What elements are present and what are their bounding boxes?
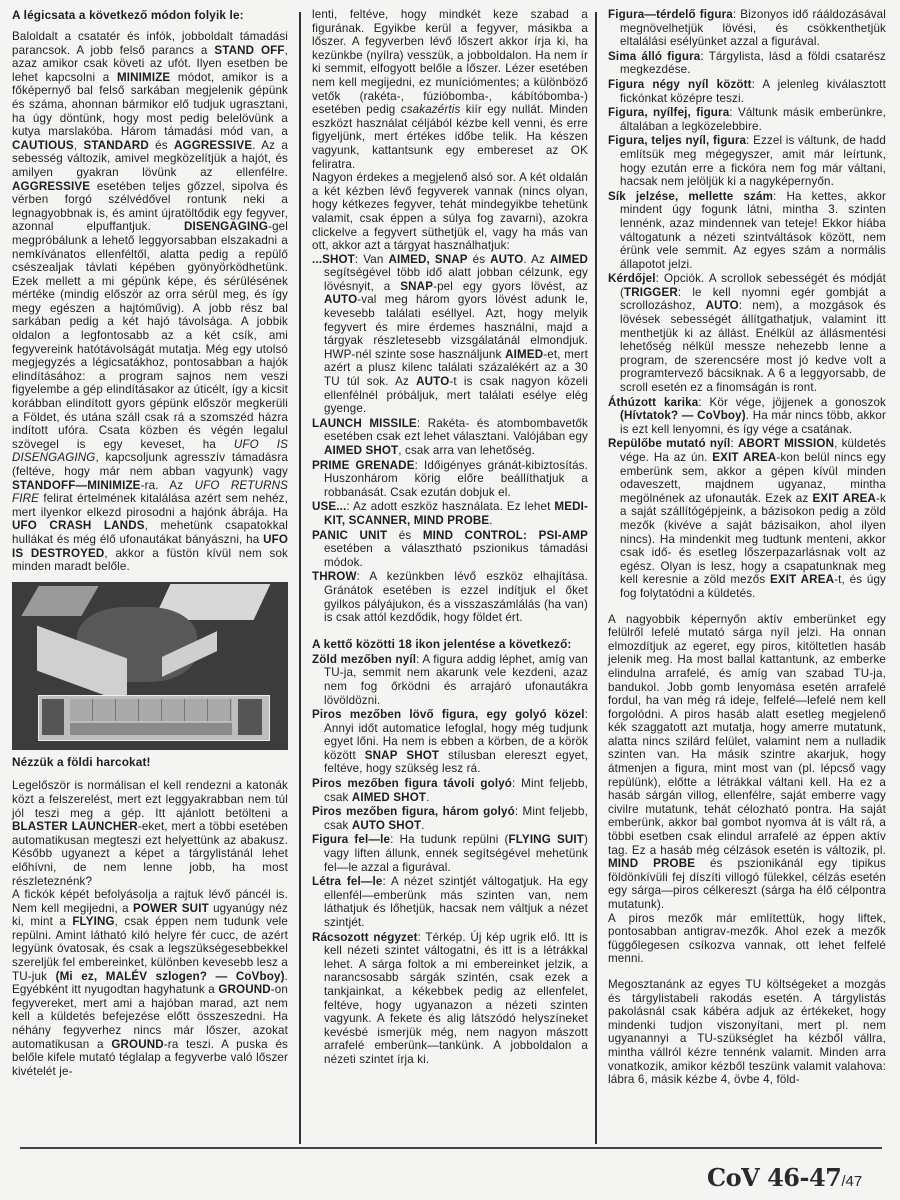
- definition-term: Kérdőjel: [608, 272, 656, 285]
- paragraph-tu-costs: Megosztanánk az egyes TU költségeket a m…: [608, 978, 886, 1087]
- definition-item: Figura, nyílfej, figura: Váltunk másik e…: [608, 106, 886, 133]
- definition-item: USE...: Az adott eszköz használata. Ez l…: [312, 500, 588, 527]
- page-number: 47: [846, 1173, 863, 1190]
- icon-definitions-list-continued: Figura—térdelő figura: Bizonyos idő ráál…: [608, 8, 886, 601]
- definition-item: Figura fel—le: Ha tudunk repülni (FLYING…: [312, 833, 588, 874]
- definition-term: Rácsozott négyzet: [312, 931, 418, 944]
- definition-term: Figura—térdelő figura: [608, 8, 733, 21]
- paragraph-bottom-row: Nagyon érdekes a megjelenő alsó sor. A k…: [312, 171, 588, 253]
- section-heading-18-icons: A kettő közötti 18 ikon jelentése a köve…: [312, 637, 588, 651]
- definition-item: Repülőbe mutató nyíl: ABORT MISSION, kül…: [608, 437, 886, 600]
- definition-item: Sík jelzése, mellette szám: Ha kettes, a…: [608, 190, 886, 272]
- footer-rule: [20, 1147, 882, 1149]
- definition-term: Zöld mezőben nyíl: [312, 653, 416, 666]
- image-caption: Nézzük a földi harcokat!: [12, 756, 288, 770]
- definition-item: Piros mezőben lövő figura, egy golyó köz…: [312, 708, 588, 776]
- definition-item: Piros mezőben figura távoli golyó: Mint …: [312, 777, 588, 804]
- paragraph-lifts: A piros mezők már említettük, hogy lifte…: [608, 912, 886, 966]
- definition-term: Létra fel—le: [312, 875, 383, 888]
- definition-term: PRIME GRENADE: [312, 459, 415, 472]
- definition-item: Piros mezőben figura, három golyó: Mint …: [312, 805, 588, 832]
- magazine-footer: CoV 46-47/47: [707, 1163, 862, 1192]
- definition-term: Sík jelzése, mellette szám: [608, 190, 773, 203]
- paragraph-armor: A fickók képét befolyásolja a rajtuk lév…: [12, 888, 288, 1078]
- definition-term: Figura fel—le: [312, 833, 390, 846]
- definition-term: Piros mezőben figura távoli golyó: [312, 777, 512, 790]
- definition-item: Zöld mezőben nyíl: A figura addig léphet…: [312, 653, 588, 707]
- paragraph-cursor: A nagyobbik képernyőn aktív emberünket e…: [608, 613, 886, 912]
- definition-term: Figura, teljes nyíl, figura: [608, 134, 746, 147]
- definition-term: LAUNCH MISSILE: [312, 417, 417, 430]
- paragraph-air-combat: Baloldalt a csatatér és infók, jobboldal…: [12, 30, 288, 574]
- definition-item: Figura, teljes nyíl, figura: Ezzel is vá…: [608, 134, 886, 188]
- section-heading-air-combat: A légicsata a következő módon folyik le:: [12, 8, 288, 22]
- definition-term: Repülőbe mutató nyíl: [608, 437, 730, 450]
- definition-item: Rácsozott négyzet: Térkép. Új kép ugrik …: [312, 931, 588, 1067]
- icon-definitions-list: Zöld mezőben nyíl: A figura addig léphet…: [312, 653, 588, 1067]
- column-3: Figura—térdelő figura: Bizonyos idő ráál…: [608, 8, 886, 1087]
- definition-item: Figura—térdelő figura: Bizonyos idő ráál…: [608, 8, 886, 49]
- definition-item: Sima álló figura: Tárgylista, lásd a föl…: [608, 50, 886, 77]
- definition-term: USE...: [312, 500, 346, 513]
- definition-term: Piros mezőben lövő figura, egy golyó köz…: [312, 708, 585, 721]
- definition-term: Figura négy nyíl között: [608, 78, 752, 91]
- game-screenshot-image: [12, 582, 288, 750]
- paragraph-equipment: Legelőször is normálisan el kell rendezn…: [12, 779, 288, 888]
- magazine-issue-logo: CoV 46-47: [707, 1163, 841, 1192]
- definition-item: Figura négy nyíl között: A jelenleg kivá…: [608, 78, 886, 105]
- column-2: lenti, feltéve, hogy mindkét keze szabad…: [312, 8, 588, 1068]
- action-definitions-list: ...SHOT: Van AIMED, SNAP és AUTO. Az AIM…: [312, 253, 588, 625]
- column-divider-1: [299, 12, 301, 1144]
- paragraph-ammo: lenti, feltéve, hogy mindkét keze szabad…: [312, 8, 588, 171]
- definition-term: THROW: [312, 570, 357, 583]
- definition-term: Piros mezőben figura, három golyó: [312, 805, 515, 818]
- definition-item: ...SHOT: Van AIMED, SNAP és AUTO. Az AIM…: [312, 253, 588, 416]
- definition-term: Figura, nyílfej, figura: [608, 106, 729, 119]
- definition-term: PANIC UNIT: [312, 529, 387, 542]
- definition-item: LAUNCH MISSILE: Rakéta- és atombombavető…: [312, 417, 588, 458]
- definition-term: Sima álló figura: [608, 50, 700, 63]
- definition-term: ...SHOT: [312, 253, 355, 266]
- definition-item: PANIC UNIT és MIND CONTROL: PSI-AMP eset…: [312, 529, 588, 570]
- definition-item: Kérdőjel: Opciók. A scrollok sebességét …: [608, 272, 886, 394]
- definition-term: Áthúzott karika: [608, 396, 698, 409]
- definition-item: Létra fel—le: A nézet szintjét váltogatj…: [312, 875, 588, 929]
- column-1: A légicsata a következő módon folyik le:…: [12, 8, 288, 1078]
- definition-item: THROW: A kezünkben lévő eszköz elhajítás…: [312, 570, 588, 624]
- definition-item: PRIME GRENADE: Időigényes gránát-kibizto…: [312, 459, 588, 500]
- column-divider-2: [595, 12, 597, 1144]
- definition-item: Áthúzott karika: Kör vége, jöjjenek a go…: [608, 396, 886, 437]
